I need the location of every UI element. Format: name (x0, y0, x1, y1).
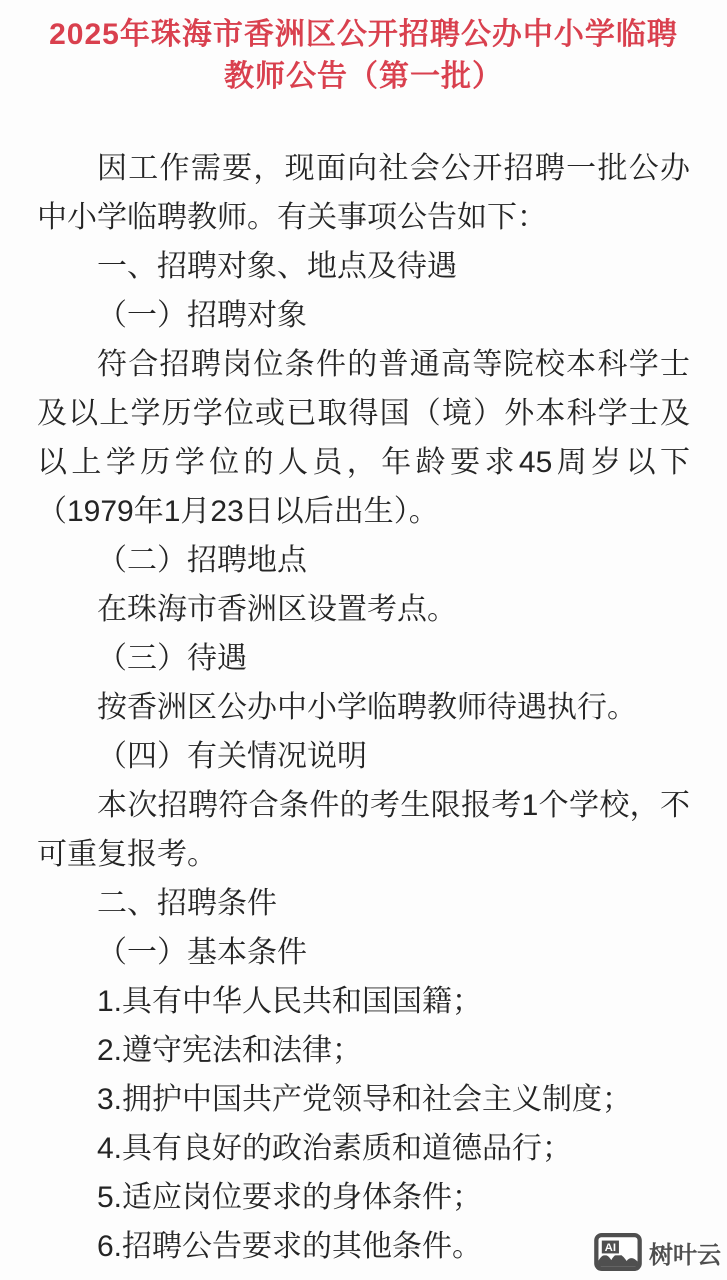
basic-condition-item-1: 1.具有中华人民共和国国籍； (37, 977, 690, 1026)
subsection-1-3-heading: （三）待遇 (37, 634, 690, 683)
eligibility-paragraph: 符合招聘岗位条件的普通高等院校本科学士及以上学历学位或已取得国（境）外本科学士及… (37, 340, 690, 536)
intro-paragraph: 因工作需要，现面向社会公开招聘一批公办中小学临聘教师。有关事项公告如下： (37, 144, 690, 242)
watermark: AI 树叶云 (593, 1232, 721, 1272)
basic-condition-item-4: 4.具有良好的政治素质和道德品行； (37, 1124, 690, 1173)
watermark-brand-text: 树叶云 (649, 1235, 721, 1270)
subsection-2-1-heading: （一）基本条件 (37, 928, 690, 977)
page-title: 2025年珠海市香洲区公开招聘公办中小学临聘教师公告（第一批） (37, 14, 690, 98)
subsection-1-1-heading: （一）招聘对象 (37, 291, 690, 340)
application-note-paragraph: 本次招聘符合条件的考生限报考1个学校，不可重复报考。 (37, 781, 690, 879)
section-2-heading: 二、招聘条件 (37, 879, 690, 928)
basic-condition-item-5: 5.适应岗位要求的身体条件； (37, 1173, 690, 1222)
basic-condition-item-2: 2.遵守宪法和法律； (37, 1026, 690, 1075)
section-1-heading: 一、招聘对象、地点及待遇 (37, 242, 690, 291)
subsection-1-2-heading: （二）招聘地点 (37, 536, 690, 585)
document-body: 因工作需要，现面向社会公开招聘一批公办中小学临聘教师。有关事项公告如下： 一、招… (37, 144, 690, 1271)
exam-location-paragraph: 在珠海市香洲区设置考点。 (37, 585, 690, 634)
ai-photo-icon: AI (593, 1232, 643, 1272)
basic-condition-item-3: 3.拥护中国共产党领导和社会主义制度； (37, 1075, 690, 1124)
announcement-page: 2025年珠海市香洲区公开招聘公办中小学临聘教师公告（第一批） 因工作需要，现面… (0, 0, 727, 1280)
salary-paragraph: 按香洲区公办中小学临聘教师待遇执行。 (37, 683, 690, 732)
ai-badge-label: AI (605, 1242, 616, 1254)
subsection-1-4-heading: （四）有关情况说明 (37, 732, 690, 781)
